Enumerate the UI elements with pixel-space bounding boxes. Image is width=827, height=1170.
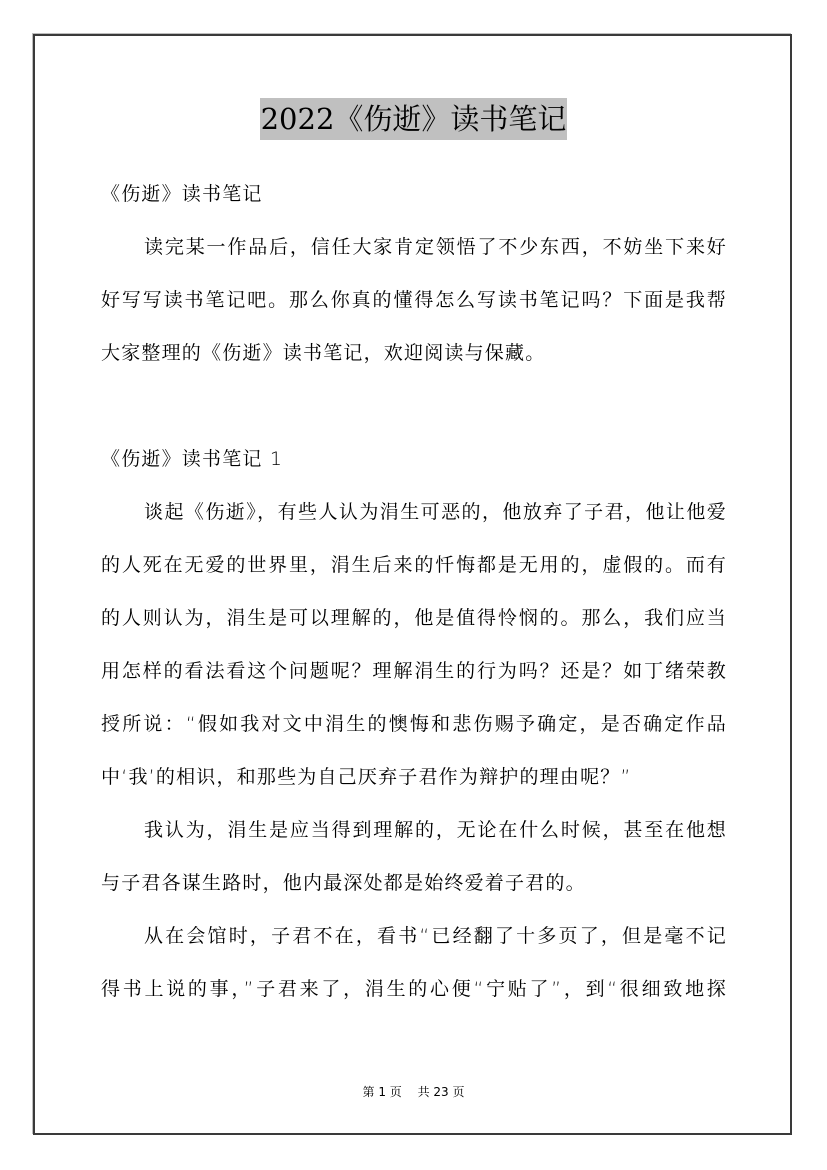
paragraph-line: 大家整理的《伤逝》读书笔记，欢迎阅读与保藏。 — [101, 327, 727, 380]
paragraph-line: 好写写读书笔记吧。那么你真的懂得怎么写读书笔记吗？下面是我帮 — [101, 274, 727, 327]
document-body: 《伤逝》读书笔记 读完某一作品后，信任大家肯定领悟了不少东西，不妨坐下来好 好写… — [101, 168, 727, 1016]
title-container: 2022《伤逝》读书笔记 — [0, 98, 827, 140]
blank-line — [101, 380, 727, 433]
page-total: 共 23 页 — [418, 1085, 465, 1099]
paragraph-line: 的人则认为，涓生是可以理解的，他是值得怜悯的。那么，我们应当 — [101, 592, 727, 645]
paragraph-line: 读完某一作品后，信任大家肯定领悟了不少东西，不妨坐下来好 — [101, 221, 727, 274]
paragraph-line: 中‘我’的相识，和那些为自己厌弃子君作为辩护的理由呢？” — [101, 751, 727, 804]
page-footer: 第 1 页 共 23 页 — [0, 1083, 827, 1100]
paragraph-line: 授所说：“假如我对文中涓生的懊悔和悲伤赐予确定，是否确定作品 — [101, 698, 727, 751]
section-heading: 《伤逝》读书笔记 — [101, 168, 727, 221]
document-title: 2022《伤逝》读书笔记 — [260, 98, 568, 140]
paragraph-line: 谈起《伤逝》，有些人认为涓生可恶的，他放弃了子君，他让他爱 — [101, 486, 727, 539]
paragraph-line: 从在会馆时，子君不在，看书“已经翻了十多页了，但是毫不记 — [101, 910, 727, 963]
section-heading: 《伤逝》读书笔记 1 — [101, 433, 727, 486]
paragraph-line: 得书上说的事，”子君来了，涓生的心便“宁贴了”，到“很细致地探 — [101, 963, 727, 1016]
paragraph-line: 与子君各谋生路时，他内最深处都是始终爱着子君的。 — [101, 857, 727, 910]
paragraph-line: 我认为，涓生是应当得到理解的，无论在什么时候，甚至在他想 — [101, 804, 727, 857]
page-number: 第 1 页 — [363, 1085, 402, 1099]
paragraph-line: 用怎样的看法看这个问题呢？理解涓生的行为吗？还是？如丁绪荣教 — [101, 645, 727, 698]
paragraph-line: 的人死在无爱的世界里，涓生后来的忏悔都是无用的，虚假的。而有 — [101, 539, 727, 592]
